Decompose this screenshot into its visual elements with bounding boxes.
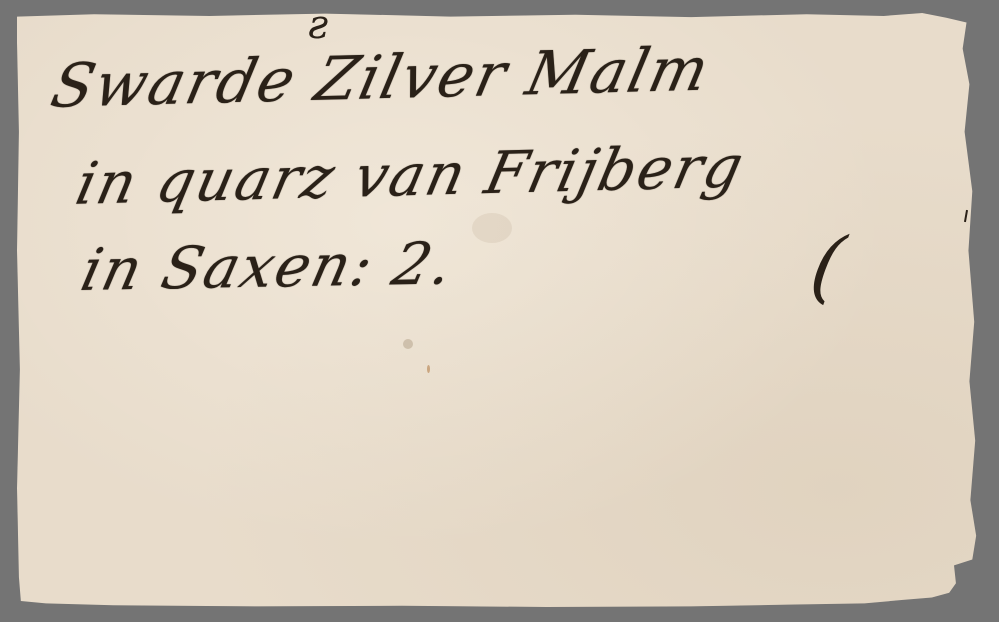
ink-flourish-top: ƨ (308, 2, 329, 48)
paper-stain (472, 213, 512, 243)
paper-stain (403, 339, 413, 349)
paper-stain (427, 365, 430, 373)
handwritten-line-3: in Saxen: 2. (75, 229, 461, 304)
